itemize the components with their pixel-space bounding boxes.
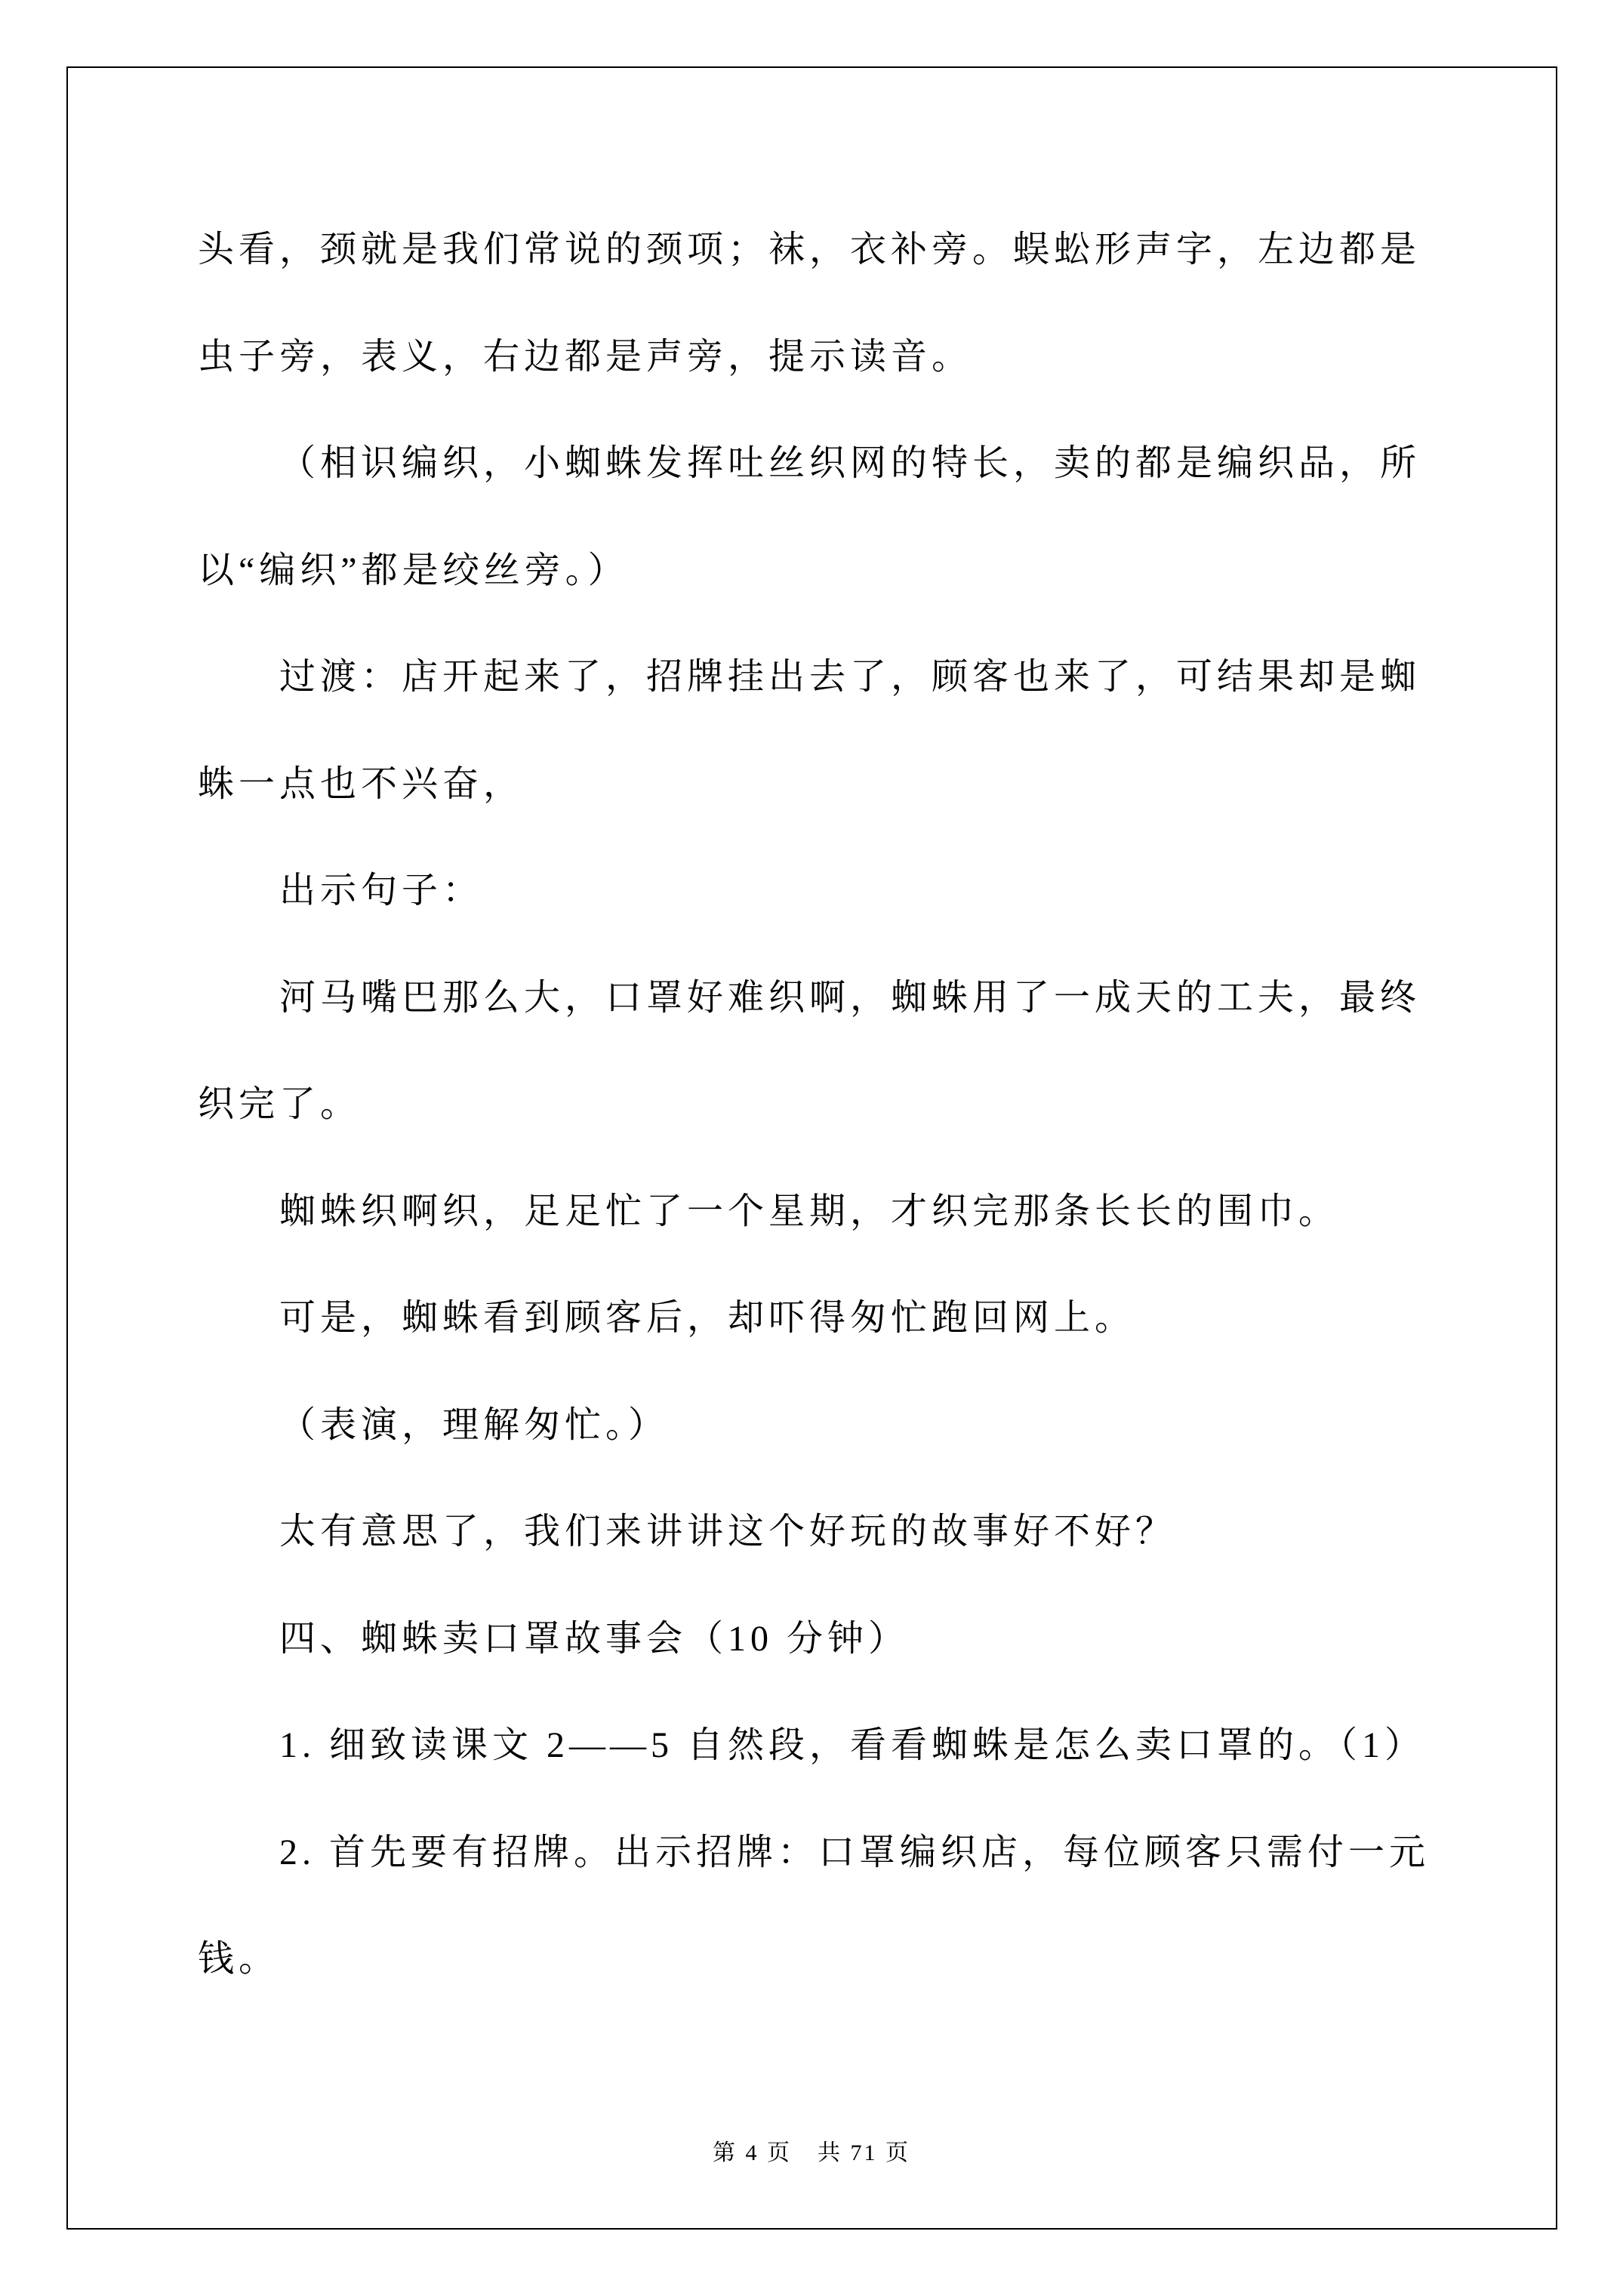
page-border: [66, 66, 1557, 2230]
text-line: 过渡：店开起来了，招牌挂出去了，顾客也来了，可结果却是蜘: [279, 655, 1532, 699]
page-number-total: 共 71 页: [818, 2140, 910, 2165]
text-line: 虫子旁，表义，右边都是声旁，提示读音。: [198, 335, 1451, 379]
text-line: 2. 首先要有招牌。出示招牌：口罩编织店，每位顾客只需付一元: [279, 1831, 1532, 1875]
text-line: 出示句子：: [279, 869, 1532, 913]
text-line: 头看，颈就是我们常说的颈项；袜，衣补旁。蜈蚣形声字，左边都是: [198, 228, 1451, 272]
text-line: 河马嘴巴那么大，口罩好难织啊，蜘蛛用了一成天的工夫，最终: [279, 976, 1532, 1020]
text-line: （表演，理解匆忙。）: [279, 1404, 1532, 1447]
text-line: 以“编织”都是绞丝旁。）: [198, 549, 1451, 593]
text-line: 蜘蛛织啊织，足足忙了一个星期，才织完那条长长的围巾。: [279, 1190, 1532, 1234]
page-number-current: 第 4 页: [713, 2140, 792, 2165]
text-line: 织完了。: [198, 1083, 1451, 1126]
page-footer: 第 4 页共 71 页: [0, 2134, 1623, 2167]
document-page: 头看，颈就是我们常说的颈项；袜，衣补旁。蜈蚣形声字，左边都是 虫子旁，表义，右边…: [0, 0, 1623, 2296]
text-line: 四、蜘蛛卖口罩故事会（10 分钟）: [279, 1617, 1532, 1661]
text-line: （相识编织，小蜘蛛发挥吐丝织网的特长，卖的都是编织品，所: [279, 442, 1532, 485]
text-line: 太有意思了，我们来讲讲这个好玩的故事好不好？: [279, 1510, 1532, 1554]
text-line: 可是，蜘蛛看到顾客后，却吓得匆忙跑回网上。: [279, 1296, 1532, 1340]
text-line: 钱。: [198, 1937, 1451, 1981]
text-line: 蛛一点也不兴奋，: [198, 763, 1451, 806]
text-line: 1. 细致读课文 2——5 自然段，看看蜘蛛是怎么卖口罩的。（1）: [279, 1724, 1532, 1767]
